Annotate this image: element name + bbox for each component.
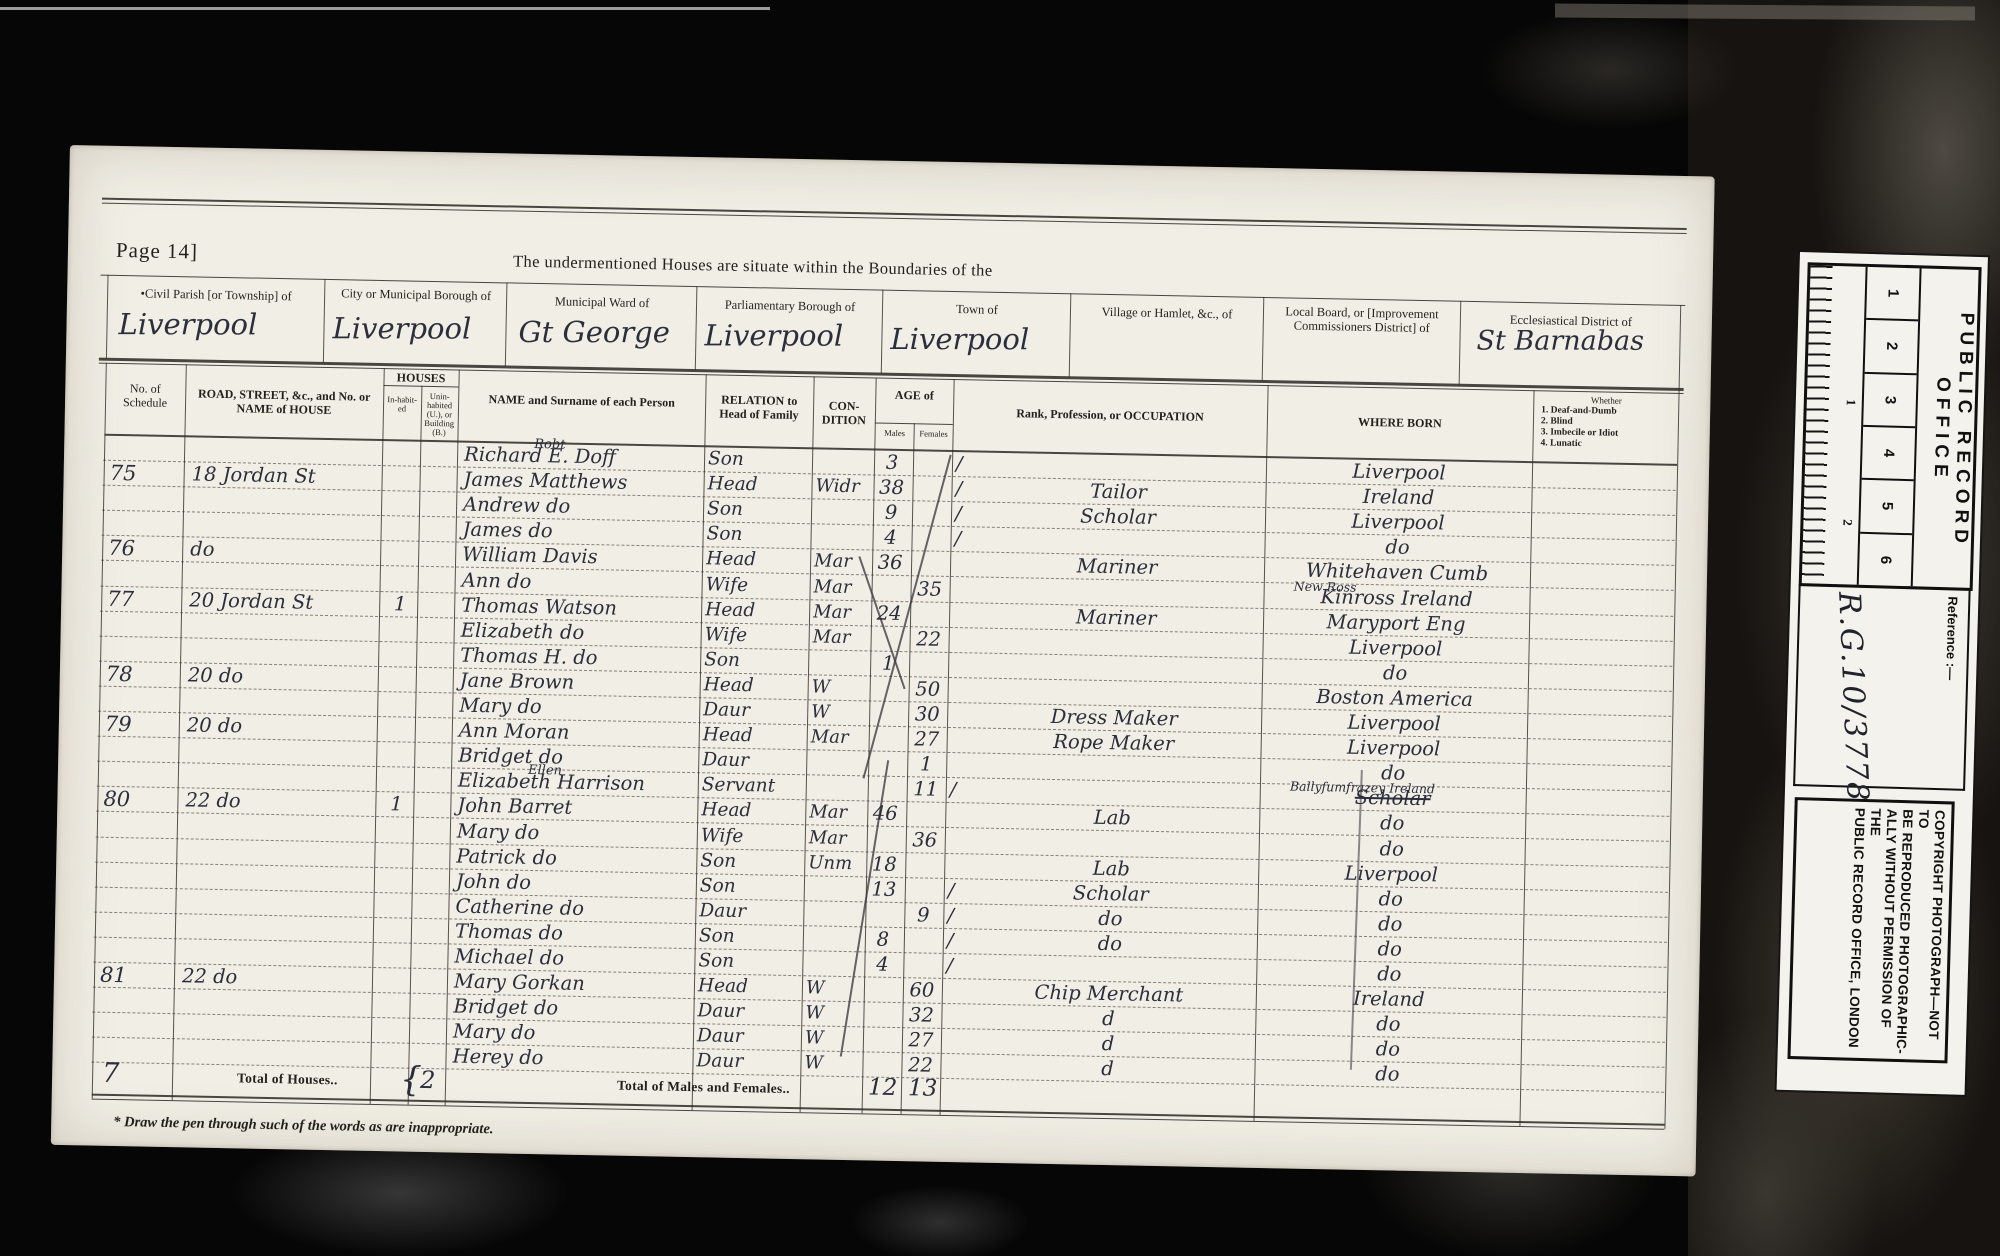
cell-schedule: 78 (106, 662, 180, 688)
column-header-text: No. of (130, 381, 161, 396)
cell-condition: W (805, 1027, 863, 1053)
cell-relation: Son (700, 849, 804, 876)
cell-condition: W (811, 700, 869, 726)
tick-mark: / (955, 477, 971, 502)
tick-mark (952, 653, 968, 678)
born-value: do (1376, 1012, 1401, 1035)
cell-condition (807, 901, 865, 927)
rule (102, 198, 1687, 230)
ruler-number: 2 (1883, 342, 1900, 351)
person-name: Catherine do (455, 894, 584, 919)
tick-mark (950, 728, 966, 753)
cell-condition: Mar (809, 801, 867, 827)
tick-mark (944, 1054, 960, 1079)
person-name: Thomas H. do (460, 643, 598, 669)
cell-age-male (864, 977, 900, 1003)
cell-age-female: 60 (903, 978, 941, 1004)
cell-relation: Servant (702, 774, 806, 801)
cell-schedule (105, 687, 179, 713)
ruler-cell: 1 (1866, 267, 1919, 322)
person-name: Herey do (452, 1045, 543, 1070)
cell-condition: W (811, 675, 869, 701)
cell-age-female: 27 (902, 1028, 940, 1054)
born-annotation: New Ross (1294, 574, 1357, 599)
cell-address (190, 563, 380, 592)
cell-address (185, 814, 375, 843)
tick-mark (951, 703, 967, 728)
tick-mark (951, 678, 967, 703)
person-name: Elizabeth do (461, 618, 585, 643)
cell-schedule (107, 611, 181, 637)
cell-schedule (108, 511, 182, 537)
cell-condition (812, 650, 870, 676)
cell-schedule (106, 637, 180, 663)
total-houses-value: 2 (420, 1066, 436, 1094)
born-value: Maryport Eng (1326, 610, 1465, 636)
cell-address (186, 764, 376, 793)
cell-condition: Mar (811, 725, 869, 751)
cell-schedule: 77 (107, 586, 181, 612)
cell-relation: Head (705, 598, 809, 625)
cell-address (190, 513, 380, 542)
born-value: do (1383, 661, 1408, 684)
column-header-schedule: No. of Schedule (107, 382, 184, 410)
tick-mark: / (948, 879, 964, 904)
born-value: Ireland (1353, 987, 1425, 1011)
cell-address (181, 1015, 371, 1044)
cell-name: Herey do (452, 1045, 698, 1075)
born-value: Liverpool (1349, 635, 1443, 660)
tick-mark (953, 578, 969, 603)
cell-condition: Unm (808, 851, 866, 877)
person-name: Mary do (457, 819, 540, 844)
district-label: Municipal Ward of (511, 293, 693, 310)
cell-condition: W (804, 1052, 862, 1078)
district-label: •Civil Parish [or Township] of (111, 286, 321, 304)
tick-mark (954, 552, 970, 577)
cell-schedule (104, 762, 178, 788)
person-name: Mary do (453, 1020, 536, 1045)
cell-age-female: 50 (908, 677, 946, 703)
divider (1262, 297, 1265, 381)
column-header-females: Females (916, 429, 952, 439)
name-annotation: Ellen (528, 759, 562, 784)
cell-relation: Head (706, 548, 810, 575)
cell-inhabited (383, 567, 417, 593)
cell-address (182, 939, 372, 968)
cell-inhabited (380, 742, 414, 768)
cell-address (183, 889, 373, 918)
column-header-name: NAME and Surname of each Person (465, 393, 698, 411)
cell-age-male: 4 (864, 952, 900, 978)
cell-condition (814, 525, 872, 551)
cell-inhabited (381, 717, 415, 743)
name-annotation: Robt (534, 433, 566, 458)
cell-relation: Wife (705, 573, 809, 600)
cell-schedule (101, 888, 175, 914)
cell-age-female: 32 (902, 1003, 940, 1029)
cell-inhabited (376, 968, 410, 994)
person-name: Ann do (462, 568, 532, 592)
ruler-cell: 4 (1862, 427, 1915, 482)
cell-inhabited (381, 692, 415, 718)
column-header-occupation: Rank, Profession, or OCCUPATION (959, 406, 1261, 425)
tick-mark: / (954, 527, 970, 552)
cell-schedule (102, 837, 176, 863)
cell-inhabited (378, 868, 412, 894)
divider (1459, 301, 1462, 385)
cell-age-female (903, 953, 941, 979)
person-name: Patrick do (456, 844, 557, 869)
reference-label: Reference :— (1943, 596, 1960, 680)
person-name: William Davis (462, 543, 598, 569)
person-name: James Matthews (463, 468, 627, 494)
person-name: John do (456, 869, 532, 893)
film-scratch (0, 7, 770, 10)
footnote: * Draw the pen through such of the words… (113, 1114, 494, 1138)
cell-inhabited (382, 642, 416, 668)
cell-age-female: 36 (906, 828, 944, 854)
cell-relation: Daur (697, 1025, 801, 1052)
cell-schedule (99, 1013, 173, 1039)
tick-mark: / (955, 502, 971, 527)
person-name: Thomas do (455, 919, 563, 944)
person-name: Thomas Watson (461, 593, 617, 619)
column-header-uninhabited: Unin-habited (U.), or Building (B.) (421, 392, 457, 438)
born-value: do (1378, 912, 1403, 935)
born-value: Liverpool (1347, 736, 1441, 761)
divider (881, 290, 884, 374)
cell-inhabited (375, 993, 409, 1019)
scanned-census-page: Page 14] The undermentioned Houses are s… (0, 0, 2000, 1256)
tick-mark: / (947, 929, 963, 954)
cell-inhabited (377, 918, 411, 944)
tick-mark (945, 1004, 961, 1029)
cell-schedule (102, 862, 176, 888)
cell-schedule: 80 (103, 787, 177, 813)
column-header-text: Schedule (123, 395, 167, 410)
cell-age-male: 8 (865, 927, 901, 953)
tick-mark (952, 628, 968, 653)
tick-mark: / (946, 954, 962, 979)
district-label: City or Municipal Borough of (329, 286, 503, 303)
column-header-houses: HOUSES (383, 371, 458, 386)
cell-relation: Son (698, 949, 802, 976)
cell-relation: Wife (704, 623, 808, 650)
born-value: Liverpool (1347, 711, 1441, 736)
cell-inhabited (377, 893, 411, 919)
born-value: do (1379, 837, 1404, 860)
page-number-label: Page 14] (116, 238, 199, 265)
cell-inhabited (382, 667, 416, 693)
tick-mark (946, 979, 962, 1004)
ruler-number: 3 (1881, 395, 1898, 404)
born-value: Ireland (1363, 485, 1435, 509)
district-label: Village or Hamlet, &c., of (1075, 304, 1259, 322)
brace-mark: { (400, 1060, 422, 1100)
cell-schedule (110, 436, 184, 462)
cell-age-female (906, 803, 944, 829)
cell-relation: Son (699, 924, 803, 951)
born-value: do (1380, 812, 1405, 835)
cell-relation: Daur (696, 1050, 800, 1077)
cell-condition: Mar (809, 826, 867, 852)
cell-relation: Son (706, 523, 810, 550)
person-name: Mary Gorkan (454, 970, 585, 996)
cell-relation: Head (701, 799, 805, 826)
cell-address: 18 Jordan St (191, 462, 381, 491)
cell-schedule (103, 812, 177, 838)
cell-address (187, 688, 377, 717)
district-value: St Barnabas (1476, 325, 1644, 356)
tick-mark (945, 1029, 961, 1054)
cell-age-male: 36 (872, 551, 908, 577)
district-value: Liverpool (119, 307, 258, 341)
cell-age-male: 9 (873, 501, 909, 527)
cell-address (184, 864, 374, 893)
district-value: Liverpool (333, 311, 472, 345)
cell-age-male (869, 701, 905, 727)
reference-box: Reference :— R.G.10/3778 (1793, 584, 1971, 791)
cell-relation: Son (707, 497, 811, 524)
cell-condition: Mar (813, 600, 871, 626)
district-label: Town of (887, 301, 1067, 318)
born-value: do (1378, 887, 1403, 910)
ruler-cell: 2 (1865, 320, 1918, 375)
cell-born: do (1254, 1060, 1520, 1090)
cell-inhabited: 1 (383, 592, 417, 618)
cell-age-male (871, 576, 907, 602)
copyright-notice: COPYRIGHT PHOTOGRAPH—NOT TO BE REPRODUCE… (1787, 797, 1954, 1063)
cell-schedule (101, 913, 175, 939)
cell-age-male: 46 (867, 802, 903, 828)
cell-condition (816, 449, 874, 475)
cell-age-male (865, 902, 901, 928)
cell-relation: Son (708, 447, 812, 474)
public-record-office-label: PUBLIC RECORD OFFICE (1913, 268, 1979, 587)
schedules-total: 7 (102, 1058, 120, 1089)
cell-inhabited (383, 617, 417, 643)
cell-schedule (100, 938, 174, 964)
cell-schedule (108, 561, 182, 587)
cell-inhabited (384, 542, 418, 568)
cell-address (189, 613, 379, 642)
cell-relation: Wife (701, 824, 805, 851)
divider (323, 279, 326, 363)
column-header-disabilities: 1. Deaf-and-Dumb 2. Blind 3. Imbecile or… (1540, 405, 1677, 452)
tick-mark (953, 603, 969, 628)
divider (695, 286, 698, 370)
cell-inhabited (385, 466, 419, 492)
cell-address: 22 do (185, 789, 375, 818)
cell-inhabited (385, 491, 419, 517)
column-header-condition: CON-DITION (815, 399, 874, 427)
person-name: Michael do (454, 945, 564, 970)
cell-address: 20 do (187, 713, 377, 742)
column-header-relation: RELATION to Head of Family (707, 393, 811, 422)
cell-age-male: 3 (874, 450, 910, 476)
cell-condition: Mar (812, 625, 870, 651)
ruler-cell: 6 (1859, 533, 1912, 586)
cell-age-female: 22 (909, 627, 947, 653)
divider (106, 275, 109, 359)
cell-inhabited (379, 818, 413, 844)
cell-address (192, 437, 382, 466)
form-heading: The undermentioned Houses are situate wi… (458, 250, 1048, 281)
person-name: Andrew do (463, 493, 571, 518)
cell-age-male: 13 (866, 877, 902, 903)
cell-inhabited (378, 843, 412, 869)
background-blotch (850, 1185, 1030, 1256)
census-sheet: Page 14] The undermentioned Houses are s… (51, 145, 1715, 1176)
background-blotch (1480, 10, 1740, 130)
ruler-number: 6 (1877, 555, 1894, 564)
pro-reference-card: 1 2 1 2 3 4 5 6 PUBLIC RECORD OFFICE Ref… (1777, 252, 1988, 1095)
born-value: do (1375, 1063, 1400, 1086)
cell-relation: Head (703, 723, 807, 750)
ruler-number: 5 (1878, 502, 1895, 511)
person-name: Ann Moran (459, 719, 570, 744)
cell-schedule (109, 486, 183, 512)
cell-condition (815, 500, 873, 526)
cell-age-male: 38 (873, 476, 909, 502)
cell-relation: Head (707, 472, 811, 499)
cell-condition: W (806, 976, 864, 1002)
cell-age-male (863, 1003, 899, 1029)
column-header-born: WHERE BORN (1273, 414, 1527, 432)
cell-condition: W (805, 1001, 863, 1027)
cell-inhabited: 1 (379, 792, 413, 818)
born-value: do (1385, 536, 1410, 559)
column-header-age: AGE of (877, 389, 951, 404)
tick-mark: / (950, 778, 966, 803)
cell-address (188, 638, 378, 667)
cell-address (184, 839, 374, 868)
cell-address: 20 do (188, 663, 378, 692)
cell-inhabited (376, 943, 410, 969)
cell-age-female: 27 (907, 727, 945, 753)
cell-age-female (912, 476, 950, 502)
ruler-number-cells: 1 2 3 4 5 6 (1859, 267, 1922, 586)
cell-occupation: d (960, 1055, 1254, 1086)
born-value: Liverpool (1351, 510, 1445, 535)
ruler-cell: 3 (1863, 374, 1916, 429)
reference-value: R.G.10/3778 (1831, 591, 1875, 803)
table-body: RobtRichard E. Doff Son 3 / Liverpool 75… (92, 436, 1677, 1094)
pro-ruler-box: 1 2 1 2 3 4 5 6 PUBLIC RECORD OFFICE (1799, 262, 1982, 591)
ruler-number: 4 (1880, 449, 1897, 458)
cell-inhabited (384, 516, 418, 542)
cell-condition: Widr (815, 474, 873, 500)
cell-address (181, 989, 371, 1018)
person-name: Bridget do (453, 995, 558, 1020)
cell-schedule (104, 737, 178, 763)
total-males: 12 (868, 1074, 898, 1101)
cell-address: 20 Jordan St (189, 588, 379, 617)
born-value: do (1377, 962, 1402, 985)
cell-age-female (910, 602, 948, 628)
cell-address: do (190, 538, 380, 567)
cell-relation: Head (703, 673, 807, 700)
cell-relation: Daur (703, 698, 807, 725)
district-value: Liverpool (890, 322, 1029, 356)
cell-age-female (905, 853, 943, 879)
column-header-inhabited: In-habit-ed (385, 395, 419, 414)
person-name: Jane Brown (460, 668, 575, 693)
cell-age-female (905, 878, 943, 904)
cell-address (183, 914, 373, 943)
cell-relation: Daur (702, 748, 806, 775)
district-label: Parliamentary Borough of (701, 297, 879, 314)
cell-schedule: 75 (109, 461, 183, 487)
cell-schedule: 76 (108, 536, 182, 562)
divider (505, 282, 508, 366)
total-females: 13 (908, 1075, 938, 1102)
cell-condition: Mar (813, 575, 871, 601)
ruler-cell: 5 (1860, 480, 1913, 535)
cell-age-male: 1 (870, 651, 906, 677)
cell-condition (810, 776, 868, 802)
cell-schedule: 79 (105, 712, 179, 738)
tick-mark: / (947, 904, 963, 929)
cell-condition (808, 876, 866, 902)
tick-mark (949, 803, 965, 828)
person-name: Mary do (459, 694, 542, 719)
cell-relation: Son (704, 648, 808, 675)
cell-age-female (909, 652, 947, 678)
cell-schedule (99, 988, 173, 1014)
tick-mark (948, 854, 964, 879)
cell-age-female: 1 (907, 752, 945, 778)
cell-relation: Son (700, 874, 804, 901)
tick-mark: / (956, 452, 972, 477)
rule (102, 203, 1687, 234)
born-value: do (1377, 937, 1402, 960)
rule (99, 358, 1684, 391)
cell-address (180, 1040, 370, 1069)
cell-age-female: 9 (904, 903, 942, 929)
born-value: Boston America (1316, 685, 1473, 711)
cell-age-female (904, 928, 942, 954)
cell-address: 22 do (182, 964, 372, 993)
ruler-cm-label: 2 (1839, 504, 1856, 540)
cell-age-female: 11 (907, 777, 945, 803)
district-value: Gt George (518, 315, 669, 349)
cell-inhabited (375, 1018, 409, 1044)
tick-mark (950, 753, 966, 778)
cell-address (191, 488, 381, 517)
cell-age-male (863, 1028, 899, 1054)
cell-relation: Head (698, 974, 802, 1001)
district-value: Liverpool (704, 318, 843, 352)
cell-inhabited (386, 441, 420, 467)
cell-age-male: 4 (872, 526, 908, 552)
person-name: John Barret (457, 794, 572, 819)
column-header-road: ROAD, STREET, &c., and No. or NAME of HO… (191, 387, 377, 418)
cell-age-female: 30 (908, 702, 946, 728)
total-houses-label: Total of Houses.. (237, 1070, 338, 1088)
person-name: James do (462, 518, 552, 543)
total-males-females-label: Total of Males and Females.. (617, 1078, 790, 1097)
ruler-number: 1 (1884, 289, 1901, 298)
ruler-cm-label: 1 (1842, 384, 1859, 420)
tick-mark (949, 829, 965, 854)
cell-inhabited (380, 767, 414, 793)
cell-address (186, 739, 376, 768)
cell-relation: Daur (697, 999, 801, 1026)
ruler: 1 2 (1802, 265, 1868, 584)
born-value: Liverpool (1352, 460, 1446, 485)
